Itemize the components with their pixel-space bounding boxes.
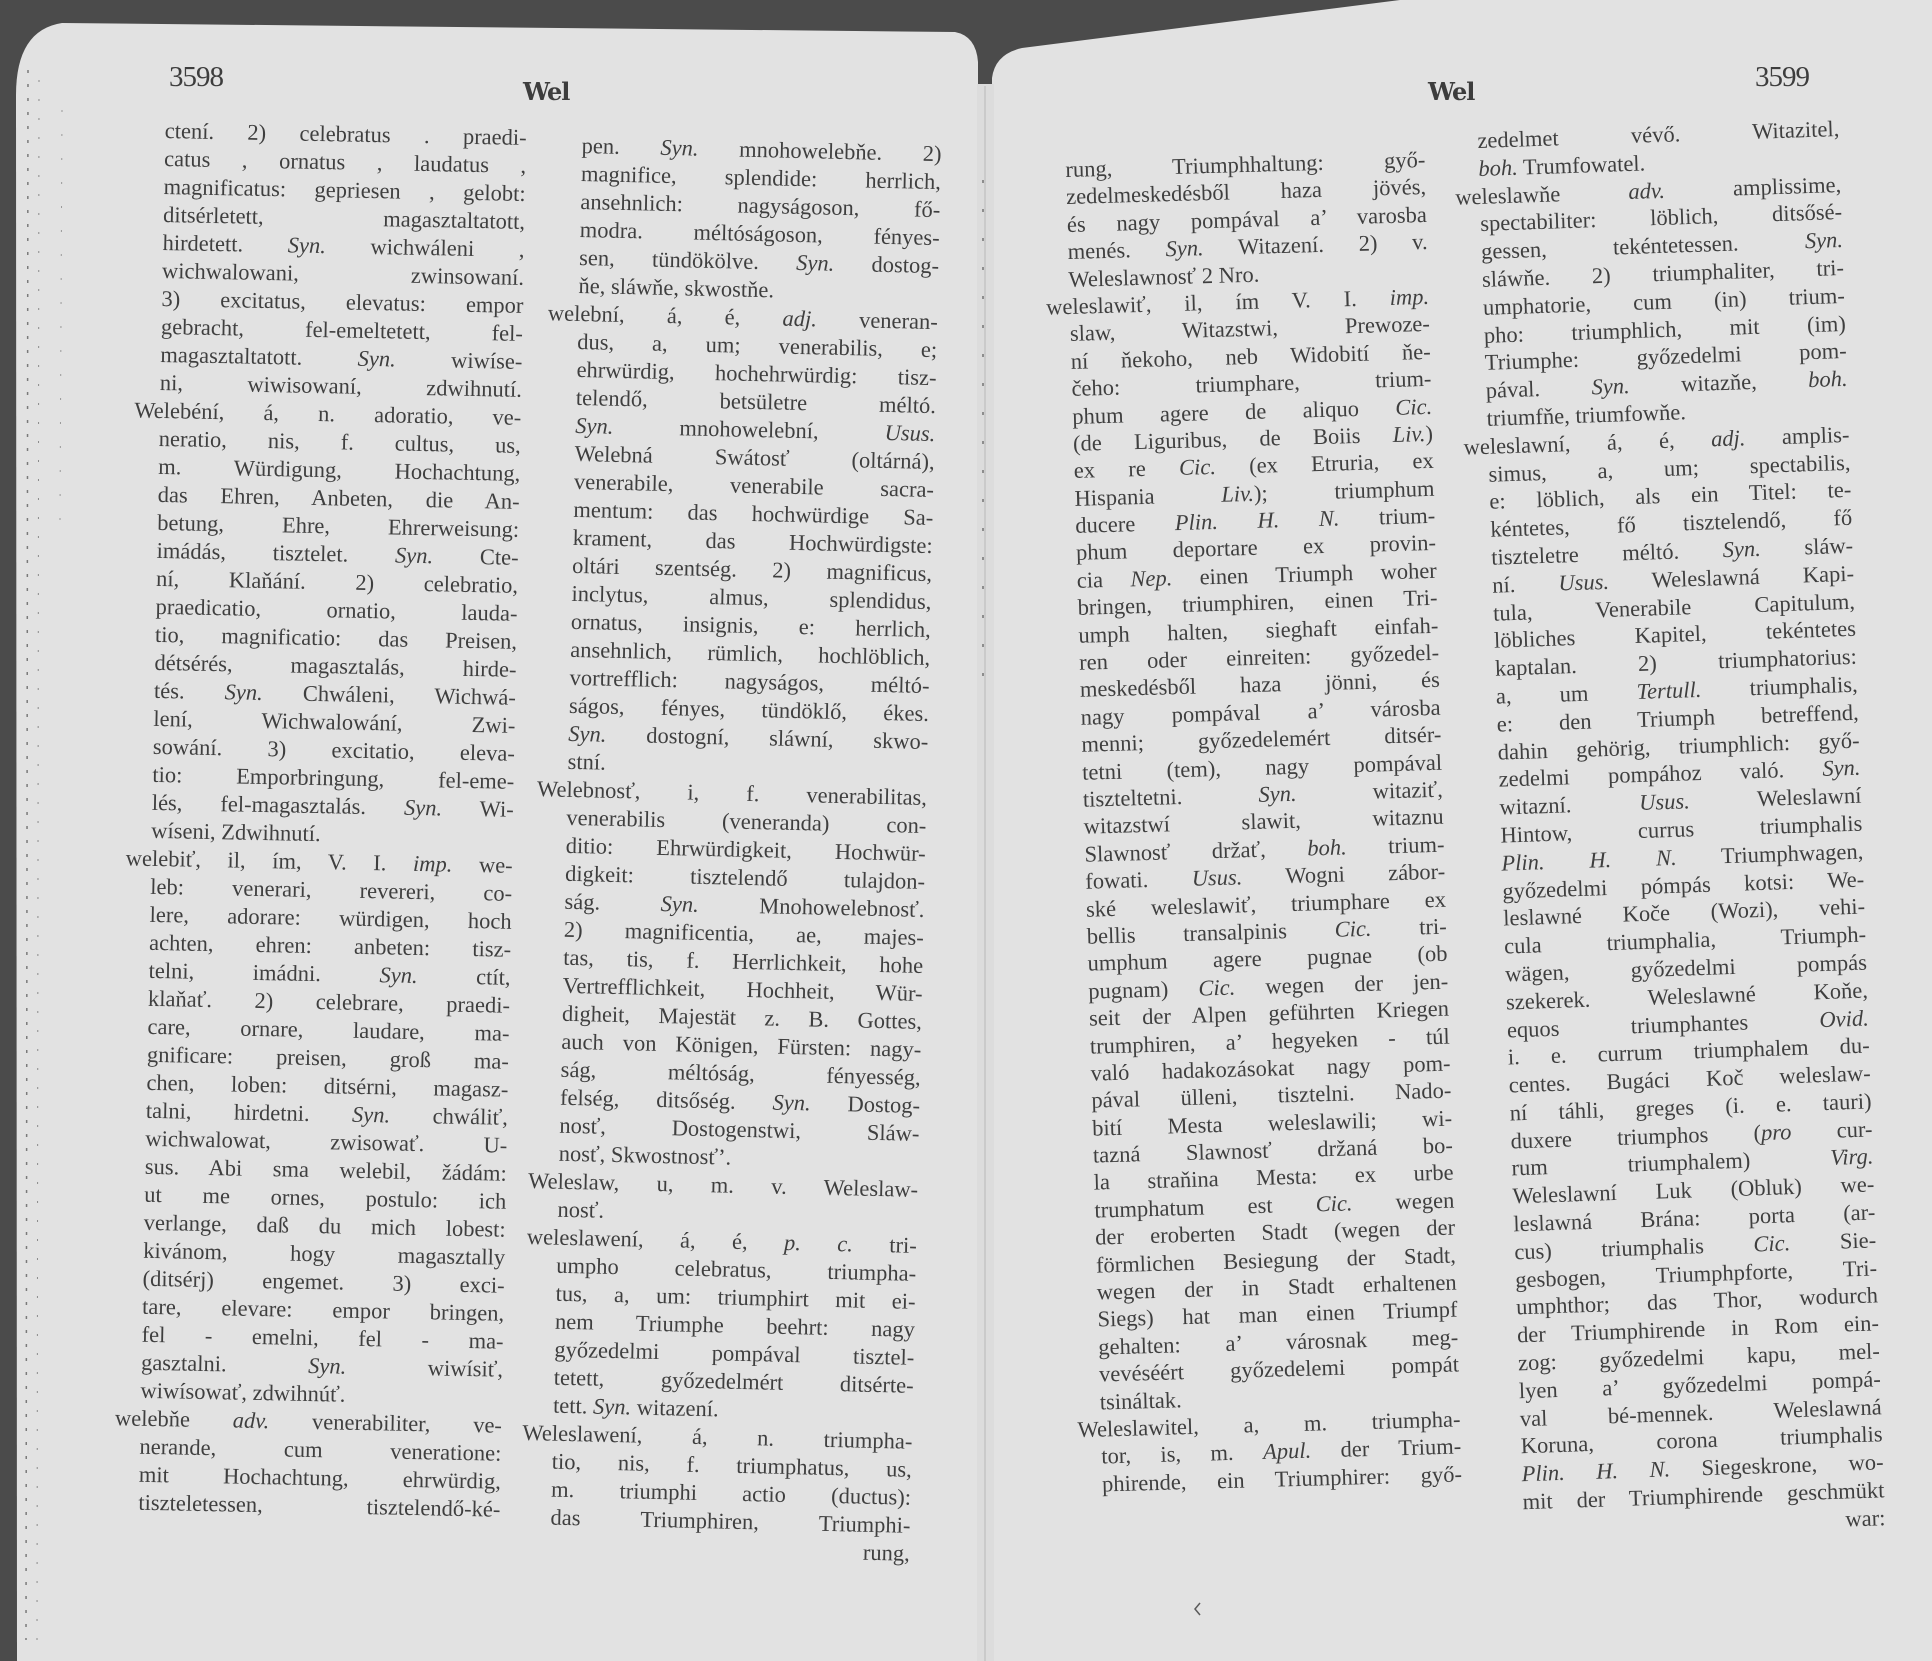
italic-abbreviation: Cic. <box>1198 974 1236 1000</box>
italic-abbreviation: Plin. H. N. <box>1174 506 1339 536</box>
text-column-left-page-1: ctení. 2) celebratus . praedi-catus , or… <box>138 117 527 1524</box>
open-book-scan: 3598 Wel Wel 3599 ctení. 2) celebratus .… <box>0 0 1932 1661</box>
italic-abbreviation: Usus. <box>1191 864 1242 890</box>
italic-abbreviation: imp. <box>413 851 453 877</box>
italic-abbreviation: Cic. <box>1179 454 1217 480</box>
italic-abbreviation: Nep. <box>1130 565 1173 591</box>
italic-abbreviation: Usus. <box>884 420 935 446</box>
italic-abbreviation: Syn. <box>288 232 327 258</box>
italic-abbreviation: Ovid. <box>1819 1005 1869 1032</box>
italic-abbreviation: Plin. H. N. <box>1521 1457 1670 1487</box>
italic-abbreviation: Syn. <box>1822 755 1861 781</box>
italic-abbreviation: Cic. <box>1395 393 1433 419</box>
italic-abbreviation: pro <box>1761 1119 1792 1145</box>
italic-abbreviation: Usus. <box>1558 569 1609 596</box>
text-column-right-page-1: rung, Triumphhaltung: győ-zedelmeskedésb… <box>1065 146 1462 1498</box>
italic-abbreviation: Syn. <box>796 250 835 276</box>
running-head: Wel <box>523 80 569 104</box>
italic-abbreviation: Syn. <box>660 135 699 161</box>
italic-abbreviation: Syn. <box>379 962 418 988</box>
italic-abbreviation: Virg. <box>1830 1144 1874 1170</box>
italic-abbreviation: Plin. H. N. <box>1501 845 1677 876</box>
text-column-right-page-2: zedelmet vévő. Witazitel,boh. Trumfowate… <box>1477 115 1886 1544</box>
italic-abbreviation: boh. <box>1307 834 1347 860</box>
italic-abbreviation: boh. <box>1808 366 1848 392</box>
running-head: Wel <box>1428 80 1474 104</box>
text-column-left-page-2: pen. Syn. mnohowelebňe. 2)magnifice, spl… <box>550 132 942 1568</box>
italic-abbreviation: Syn. <box>660 891 699 917</box>
italic-abbreviation: adv. <box>233 1408 270 1434</box>
italic-abbreviation: Liv. <box>1392 421 1425 447</box>
italic-abbreviation: Syn. <box>1804 227 1843 253</box>
italic-abbreviation: Apul. <box>1263 1438 1312 1464</box>
italic-abbreviation: Syn. <box>568 721 607 747</box>
italic-abbreviation: Syn. <box>395 542 434 568</box>
italic-abbreviation: adj. <box>1711 425 1746 451</box>
italic-abbreviation: Syn. <box>308 1353 347 1379</box>
italic-abbreviation: Cic. <box>1315 1190 1353 1216</box>
italic-abbreviation: Cic. <box>1753 1230 1791 1256</box>
italic-abbreviation: Syn. <box>1722 536 1761 562</box>
italic-abbreviation: Usus. <box>1639 788 1690 815</box>
italic-abbreviation: Syn. <box>575 413 614 439</box>
italic-abbreviation: Syn. <box>1591 373 1630 399</box>
italic-abbreviation: Syn. <box>357 346 396 372</box>
italic-abbreviation: adv. <box>1628 177 1665 203</box>
italic-abbreviation: Syn. <box>1258 781 1297 807</box>
italic-abbreviation: Syn. <box>772 1090 811 1116</box>
italic-abbreviation: Liv. <box>1221 481 1254 507</box>
italic-abbreviation: Cic. <box>1334 916 1372 942</box>
page-number: 3598 <box>169 63 223 92</box>
italic-abbreviation: p. c. <box>784 1230 853 1257</box>
italic-abbreviation: Syn. <box>404 795 443 821</box>
italic-abbreviation: boh. <box>1478 154 1518 180</box>
italic-abbreviation: imp. <box>1389 284 1429 310</box>
italic-abbreviation: Syn. <box>1165 235 1204 261</box>
italic-abbreviation: Syn. <box>593 1394 632 1420</box>
page-number: 3599 <box>1755 63 1809 92</box>
italic-abbreviation: Syn. <box>224 679 263 705</box>
italic-abbreviation: Tertull. <box>1636 677 1702 704</box>
italic-abbreviation: adj. <box>782 306 817 332</box>
italic-abbreviation: Syn. <box>352 1102 391 1128</box>
